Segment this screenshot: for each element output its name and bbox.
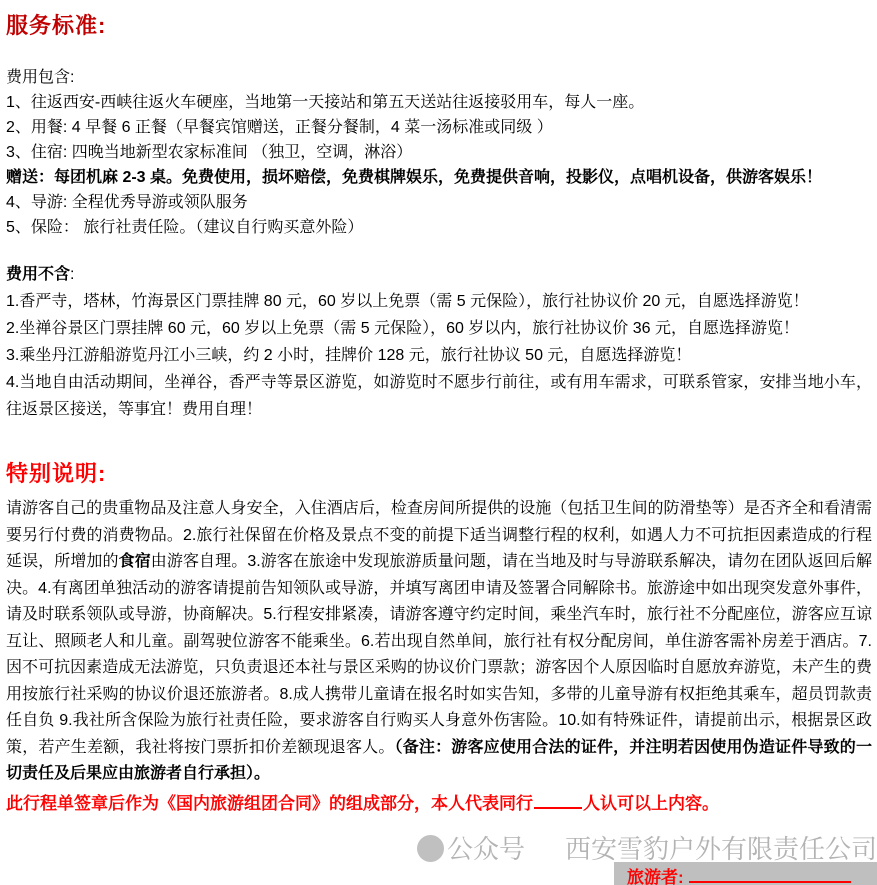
watermark-logo-icon <box>417 835 444 862</box>
special-note-heading: 特别说明: <box>6 461 872 487</box>
fee-include-item-1: 1、往返西安-西峡往返火车硬座，当地第一天接站和第五天送站往返接驳用车，每人一座… <box>6 90 872 115</box>
watermark-account-label: 公众号 <box>447 834 525 864</box>
service-standard-heading: 服务标准: <box>6 13 872 39</box>
fee-exclude-item-2: 2.坐禅谷景区门票挂牌 60 元，60 岁以上免票（需 5 元保险），60 岁以… <box>6 315 872 342</box>
contract-confirmation-line: 此行程单签章后作为《国内旅游组团合同》的组成部分，本人代表同行人认可以上内容。 <box>6 793 872 815</box>
fee-include-item-5: 5、保险： 旅行社责任险。（建议自行购买意外险） <box>6 215 872 240</box>
itinerary-document: 服务标准: 费用包含: 1、往返西安-西峡往返火车硬座，当地第一天接站和第五天送… <box>0 0 877 885</box>
fee-include-label: 费用包含: <box>6 65 872 90</box>
gift-note: 赠送：每团机麻 2-3 桌。免费使用，损坏赔偿，免费棋牌娱乐，免费提供音响，投影… <box>6 165 872 190</box>
fee-exclude-item-3: 3.乘坐丹江游船游览丹江小三峡，约 2 小时，挂牌价 128 元，旅行社协议 5… <box>6 342 872 369</box>
sign-text-before: 此行程单签章后作为《国内旅游组团合同》的组成部分，本人代表同行 <box>6 794 533 813</box>
special-note-bold-food-lodging: 食宿 <box>119 553 151 570</box>
headcount-blank-field[interactable] <box>534 794 582 809</box>
fee-exclude-label-colon: : <box>70 266 74 283</box>
fee-exclude-item-1: 1.香严寺，塔林，竹海景区门票挂牌 80 元，60 岁以上免票（需 5 元保险）… <box>6 288 872 315</box>
watermark-company-name: 西安雪豹户外有限责任公司 <box>565 834 877 864</box>
watermark: 公众号西安雪豹户外有限责任公司 <box>417 832 877 866</box>
special-note-paragraph: 请游客自己的贵重物品及注意人身安全，入住酒店后，检查房间所提供的设施（包括卫生间… <box>6 496 872 788</box>
fee-exclude-item-4: 4.当地自由活动期间，坐禅谷，香严寺等景区游览，如游览时不愿步行前往，或有用车需… <box>6 369 872 423</box>
fee-exclude-label-text: 费用不含 <box>6 266 70 283</box>
traveler-signature-blank[interactable] <box>689 868 851 883</box>
fee-exclude-label: 费用不含: <box>6 261 872 288</box>
fee-include-item-3: 3、住宿: 四晚当地新型农家标准间 （独卫，空调，淋浴） <box>6 140 872 165</box>
special-note-text-2: 由游客自理。3.游客在旅途中发现旅游质量问题，请在当地及时与导游联系解决，请勿在… <box>6 553 872 756</box>
sign-text-after: 人认可以上内容。 <box>583 794 719 813</box>
fee-include-item-2: 2、用餐: 4 早餐 6 正餐（早餐宾馆赠送，正餐分餐制，4 菜一汤标准或同级 … <box>6 115 872 140</box>
fee-include-item-4: 4、导游: 全程优秀导游或领队服务 <box>6 190 872 215</box>
traveler-label: 旅游者: <box>627 868 684 885</box>
traveler-signature-box: 旅游者: <box>614 862 877 885</box>
